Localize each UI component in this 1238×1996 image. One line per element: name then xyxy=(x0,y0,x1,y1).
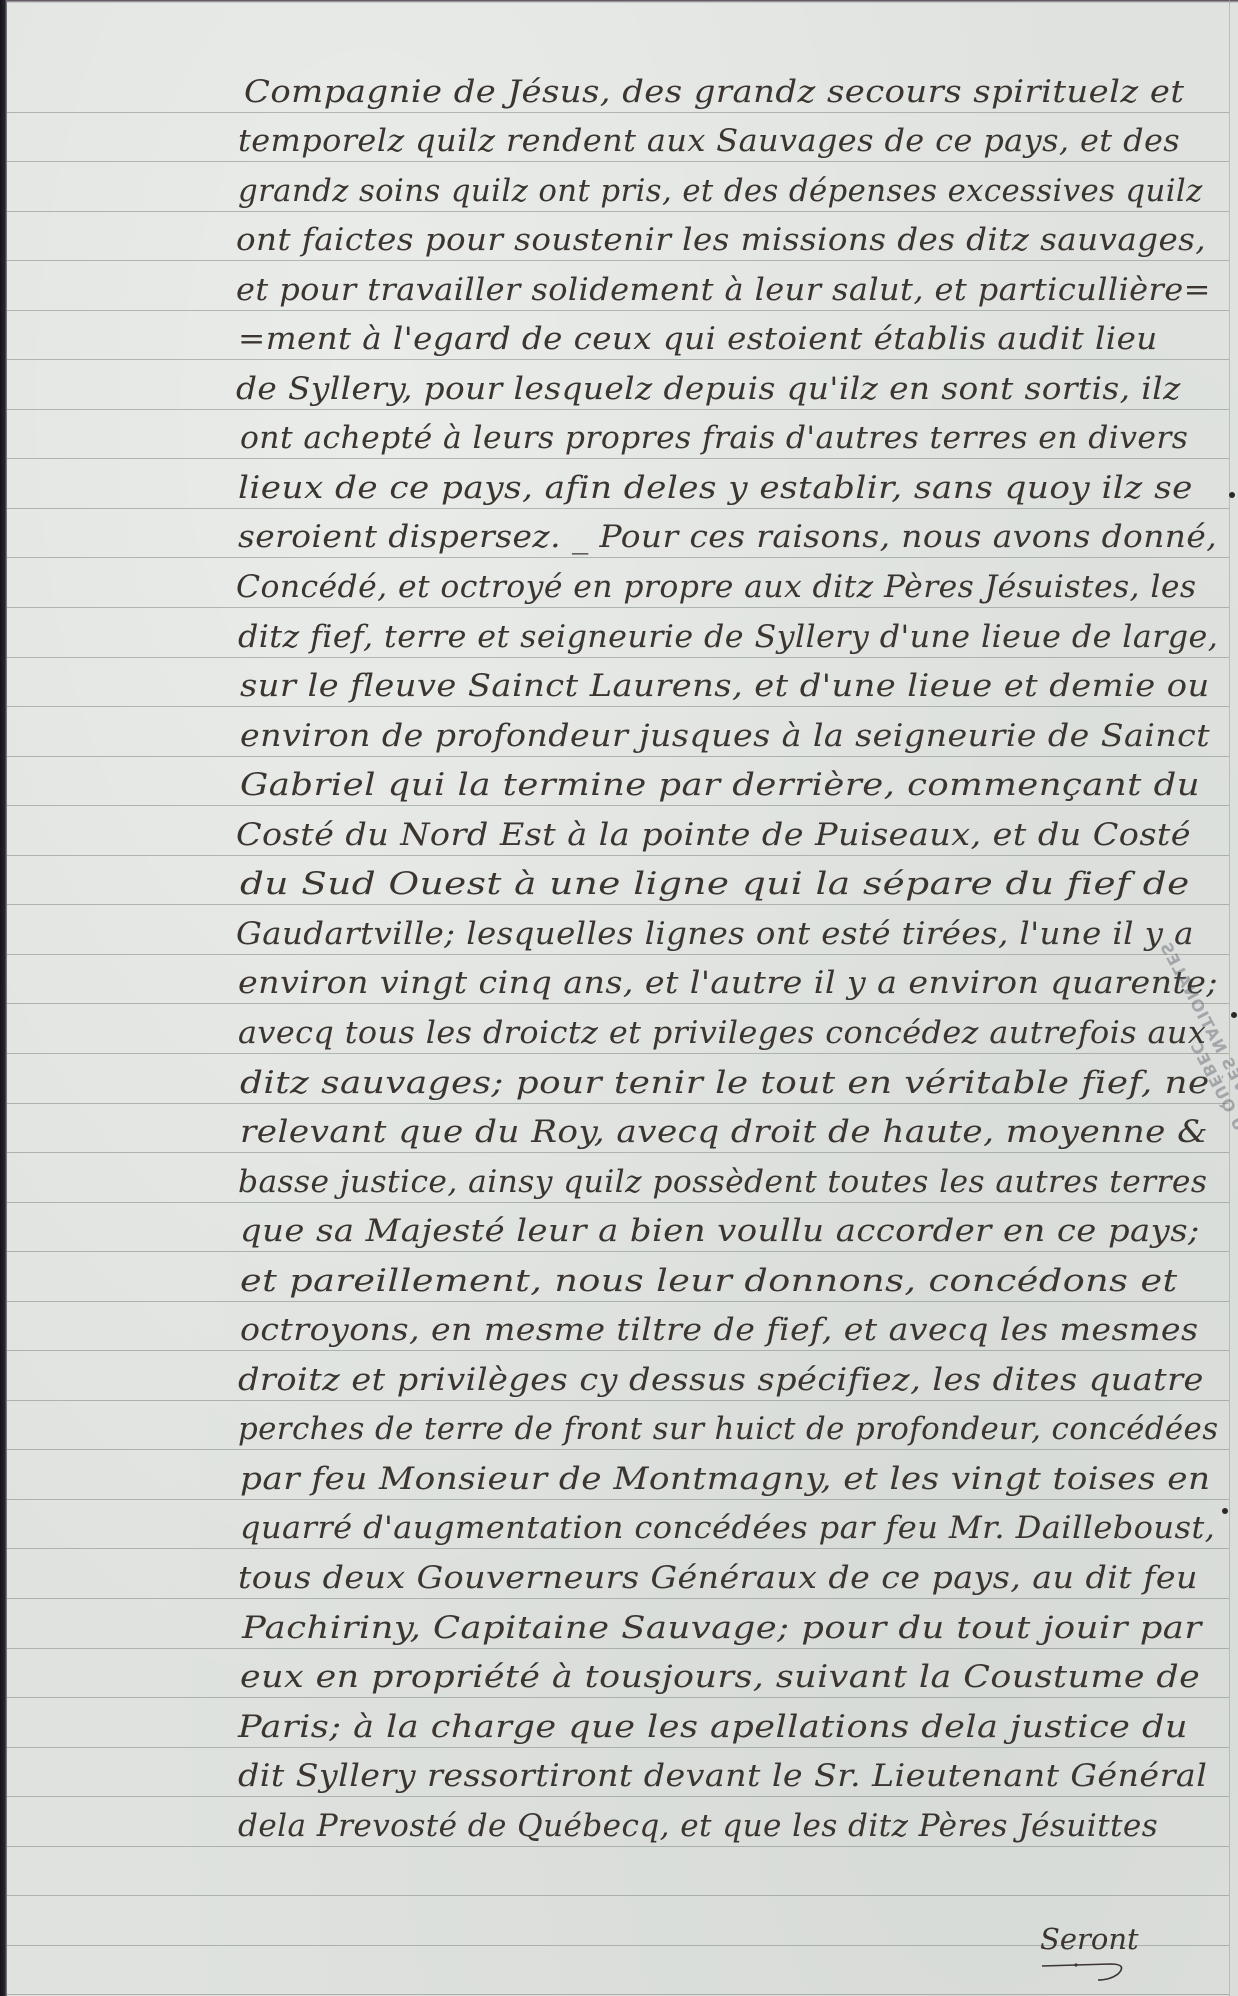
rule-line xyxy=(7,756,1229,757)
text-line: quarré d'augmentation concédées par feu … xyxy=(240,1510,1215,1546)
margin-mark xyxy=(1231,1012,1237,1018)
rule-line xyxy=(7,458,1229,459)
text-line: avecq tous les droictz et privileges con… xyxy=(238,1015,1206,1051)
text-line: grandz soins quilz ont pris, et des dépe… xyxy=(238,173,1203,209)
rule-line xyxy=(7,1449,1229,1450)
text-line: Concédé, et octroyé en propre aux ditz P… xyxy=(236,569,1196,605)
rule-line xyxy=(7,211,1229,212)
rule-line xyxy=(7,1003,1229,1004)
rule-line xyxy=(7,359,1229,360)
rule-line xyxy=(7,954,1229,955)
text-line: tous deux Gouverneurs Généraux de ce pay… xyxy=(238,1560,1198,1596)
text-line: temporelz quilz rendent aux Sauvages de … xyxy=(238,123,1180,159)
rule-line xyxy=(7,260,1229,261)
rule-line xyxy=(7,855,1229,856)
rule-line xyxy=(7,1103,1229,1104)
rule-line xyxy=(7,161,1229,162)
rule-line xyxy=(7,1202,1229,1203)
text-line: environ vingt cinq ans, et l'autre il y … xyxy=(238,965,1218,1001)
rule-line xyxy=(7,706,1229,707)
text-line: droitz et privilèges cy dessus spécifiez… xyxy=(238,1362,1204,1398)
text-line: par feu Monsieur de Montmagny, et les vi… xyxy=(240,1461,1211,1497)
manuscript-page: Compagnie de Jésus, des grandz secours s… xyxy=(0,0,1238,1996)
text-line: de Syllery, pour lesquelz depuis qu'ilz … xyxy=(236,371,1181,407)
margin-mark xyxy=(1229,492,1235,498)
rule-line xyxy=(7,112,1229,113)
rule-line xyxy=(7,1747,1229,1748)
rule-line xyxy=(7,508,1229,509)
text-line: et pareillement, nous leur donnons, conc… xyxy=(240,1263,1178,1299)
text-line: Paris; à la charge que les apellations d… xyxy=(238,1709,1188,1745)
text-line: Costé du Nord Est à la pointe de Puiseau… xyxy=(236,817,1191,853)
text-line: environ de profondeur jusques à la seign… xyxy=(240,718,1210,754)
text-line: octroyons, en mesme tiltre de fief, et a… xyxy=(240,1312,1199,1348)
text-line: eux en propriété à tousjours, suivant la… xyxy=(240,1659,1200,1695)
text-line: seroient dispersez. _ Pour ces raisons, … xyxy=(238,519,1217,555)
text-line: Gabriel qui la termine par derrière, com… xyxy=(240,767,1200,803)
rule-line xyxy=(7,1152,1229,1153)
rule-line xyxy=(7,409,1229,410)
rule-line xyxy=(7,1697,1229,1698)
text-line: ont achepté à leurs propres frais d'autr… xyxy=(240,420,1188,456)
rule-line xyxy=(7,1598,1229,1599)
rule-line xyxy=(7,1648,1229,1649)
page-top-edge xyxy=(0,0,1238,3)
rule-line xyxy=(7,557,1229,558)
text-line: =ment à l'egard de ceux qui estoient éta… xyxy=(238,321,1158,357)
margin-mark xyxy=(1222,1508,1228,1514)
text-line: sur le fleuve Sainct Laurens, et d'une l… xyxy=(240,668,1210,704)
text-line: dela Prevosté de Québecq, et que les dit… xyxy=(238,1808,1158,1844)
text-line: ont faictes pour soustenir les missions … xyxy=(236,222,1206,258)
rule-line xyxy=(7,1350,1229,1351)
rule-line xyxy=(7,1548,1229,1549)
text-line: Pachiriny, Capitaine Sauvage; pour du to… xyxy=(242,1610,1202,1646)
text-line: du Sud Ouest à une ligne qui la sépare d… xyxy=(240,866,1190,902)
text-line: lieux de ce pays, afin deles y establir,… xyxy=(238,470,1193,506)
text-line: que sa Majesté leur a bien voullu accord… xyxy=(240,1213,1200,1249)
text-line: dit Syllery ressortiront devant le Sr. L… xyxy=(238,1758,1207,1794)
rule-line xyxy=(7,657,1229,658)
rule-line xyxy=(7,805,1229,806)
rule-line xyxy=(7,1301,1229,1302)
rule-line xyxy=(7,1053,1229,1054)
right-margin-line xyxy=(1229,0,1230,1996)
text-line: Gaudartville; lesquelles lignes ont esté… xyxy=(236,916,1194,952)
rule-line xyxy=(7,1499,1229,1500)
rule-line xyxy=(7,1796,1229,1797)
rule-line xyxy=(7,607,1229,608)
rule-line xyxy=(7,1400,1229,1401)
rule-line xyxy=(7,1994,1229,1995)
text-line: et pour travailler solidement à leur sal… xyxy=(236,272,1211,308)
rule-line xyxy=(7,1251,1229,1252)
rule-line xyxy=(7,310,1229,311)
text-line: perches de terre de front sur huict de p… xyxy=(238,1411,1218,1447)
text-line: relevant que du Roy, avecq droit de haut… xyxy=(240,1114,1208,1150)
text-line: ditz sauvages; pour tenir le tout en vér… xyxy=(240,1065,1210,1101)
catchword: Seront xyxy=(1040,1922,1139,1956)
rule-line xyxy=(7,1846,1229,1847)
page-binding-edge xyxy=(0,0,7,1996)
catchword-flourish-icon xyxy=(1040,1960,1140,1984)
rule-line xyxy=(7,904,1229,905)
text-line: Compagnie de Jésus, des grandz secours s… xyxy=(244,74,1184,110)
text-line: ditz fief, terre et seigneurie de Syller… xyxy=(238,619,1218,655)
text-line: basse justice, ainsy quilz possèdent tou… xyxy=(238,1164,1207,1200)
rule-line xyxy=(7,1895,1229,1896)
